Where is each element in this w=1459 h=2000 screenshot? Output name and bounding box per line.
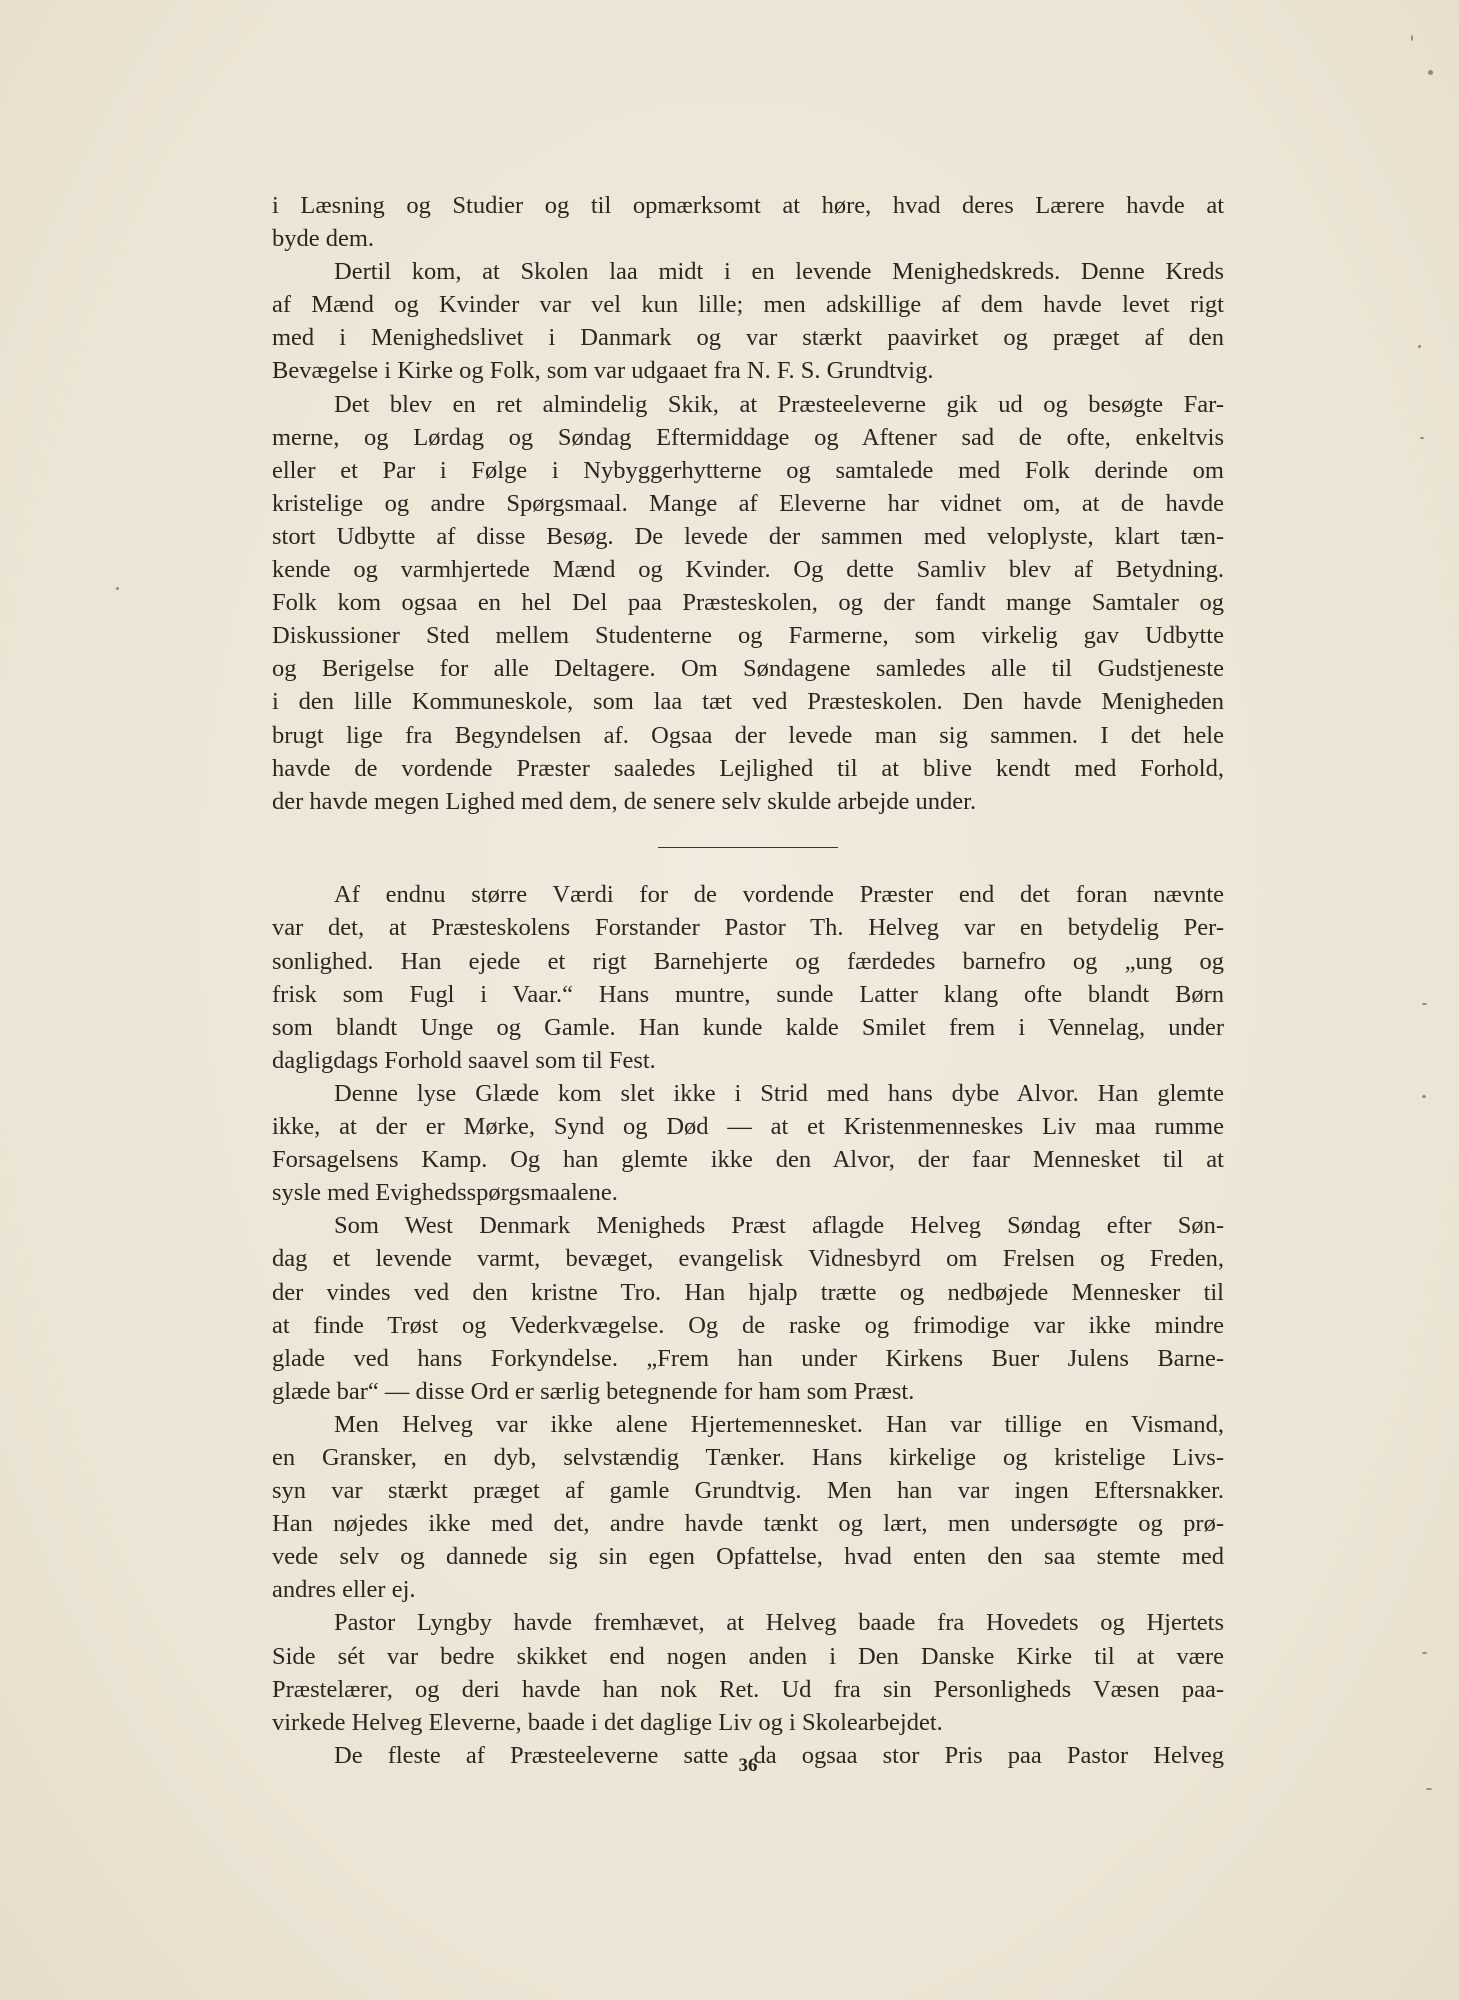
text-line: merne, og Lørdag og Søndag Eftermiddage … (272, 421, 1224, 454)
scan-speck (1422, 1652, 1427, 1654)
text-line: Side sét var bedre skikket end nogen and… (272, 1640, 1224, 1673)
text-line: kristelige og andre Spørgsmaal. Mange af… (272, 487, 1224, 520)
page-number: 36 (728, 1755, 768, 1777)
text-line: var det, at Præsteskolens Forstander Pas… (272, 911, 1224, 944)
text-line: dag et levende varmt, bevæget, evangelis… (272, 1242, 1224, 1275)
text-line: sysle med Evighedsspørgsmaalene. (272, 1176, 1224, 1209)
scan-speck (1426, 1788, 1432, 1790)
text-line: havde de vordende Præster saaledes Lejli… (272, 752, 1224, 785)
scan-speck (1411, 35, 1413, 41)
scan-speck (1420, 437, 1424, 439)
text-line: Diskussioner Sted mellem Studenterne og … (272, 619, 1224, 652)
text-line: byde dem. (272, 222, 1224, 255)
text-line: Han nøjedes ikke med det, andre havde tæ… (272, 1507, 1224, 1540)
text-line: Det blev en ret almindelig Skik, at Præs… (272, 388, 1224, 421)
text-line: Dertil kom, at Skolen laa midt i en leve… (272, 255, 1224, 288)
text-line: der havde megen Lighed med dem, de sener… (272, 785, 1224, 818)
text-line: og Berigelse for alle Deltagere. Om Sønd… (272, 652, 1224, 685)
text-line: af Mænd og Kvinder var vel kun lille; me… (272, 288, 1224, 321)
text-line: Bevægelse i Kirke og Folk, som var udgaa… (272, 354, 1224, 387)
text-line: brugt lige fra Begyndelsen af. Ogsaa der… (272, 719, 1224, 752)
section-2: Af endnu større Værdi for de vordende Pr… (272, 878, 1224, 1772)
text-line: Denne lyse Glæde kom slet ikke i Strid m… (272, 1077, 1224, 1110)
text-line: dagligdags Forhold saavel som til Fest. (272, 1044, 1224, 1077)
text-line: frisk som Fugl i Vaar.“ Hans muntre, sun… (272, 978, 1224, 1011)
scanned-page: i Læsning og Studier og til opmærksomt a… (0, 0, 1459, 2000)
text-line: at finde Trøst og Vederkvægelse. Og de r… (272, 1309, 1224, 1342)
text-line: sonlighed. Han ejede et rigt Barnehjerte… (272, 945, 1224, 978)
text-line: med i Menighedslivet i Danmark og var st… (272, 321, 1224, 354)
text-line: Folk kom ogsaa en hel Del paa Præsteskol… (272, 586, 1224, 619)
scan-speck (1428, 70, 1433, 75)
text-line: stort Udbytte af disse Besøg. De levede … (272, 520, 1224, 553)
text-line: kende og varmhjertede Mænd og Kvinder. O… (272, 553, 1224, 586)
text-line: Som West Denmark Menigheds Præst aflagde… (272, 1209, 1224, 1242)
text-line: vede selv og dannede sig sin egen Opfatt… (272, 1540, 1224, 1573)
scan-speck (116, 587, 119, 590)
text-line: der vindes ved den kristne Tro. Han hjal… (272, 1276, 1224, 1309)
scan-speck (1422, 1095, 1426, 1098)
text-line: Pastor Lyngby havde fremhævet, at Helveg… (272, 1606, 1224, 1639)
text-line: i Læsning og Studier og til opmærksomt a… (272, 189, 1224, 222)
text-line: glade ved hans Forkyndelse. „Frem han un… (272, 1342, 1224, 1375)
text-line: eller et Par i Følge i Nybyggerhytterne … (272, 454, 1224, 487)
text-line: Men Helveg var ikke alene Hjertemenneske… (272, 1408, 1224, 1441)
text-line: Forsagelsens Kamp. Og han glemte ikke de… (272, 1143, 1224, 1176)
text-line: glæde bar“ — disse Ord er særlig betegne… (272, 1375, 1224, 1408)
scan-speck (1422, 1003, 1427, 1005)
text-line: andres eller ej. (272, 1573, 1224, 1606)
text-line: Præstelærer, og deri havde han nok Ret. … (272, 1673, 1224, 1706)
text-line: som blandt Unge og Gamle. Han kunde kald… (272, 1011, 1224, 1044)
text-line: Af endnu større Værdi for de vordende Pr… (272, 878, 1224, 911)
text-line: ikke, at der er Mørke, Synd og Død — at … (272, 1110, 1224, 1143)
section-1: i Læsning og Studier og til opmærksomt a… (272, 189, 1224, 818)
text-line: syn var stærkt præget af gamle Grundtvig… (272, 1474, 1224, 1507)
text-line: en Gransker, en dyb, selvstændig Tænker.… (272, 1441, 1224, 1474)
text-line: virkede Helveg Eleverne, baade i det dag… (272, 1706, 1224, 1739)
body-text: i Læsning og Studier og til opmærksomt a… (272, 189, 1224, 1772)
text-line: i den lille Kommuneskole, som laa tæt ve… (272, 685, 1224, 718)
scan-speck (1418, 345, 1421, 348)
section-divider-rule (658, 847, 838, 849)
